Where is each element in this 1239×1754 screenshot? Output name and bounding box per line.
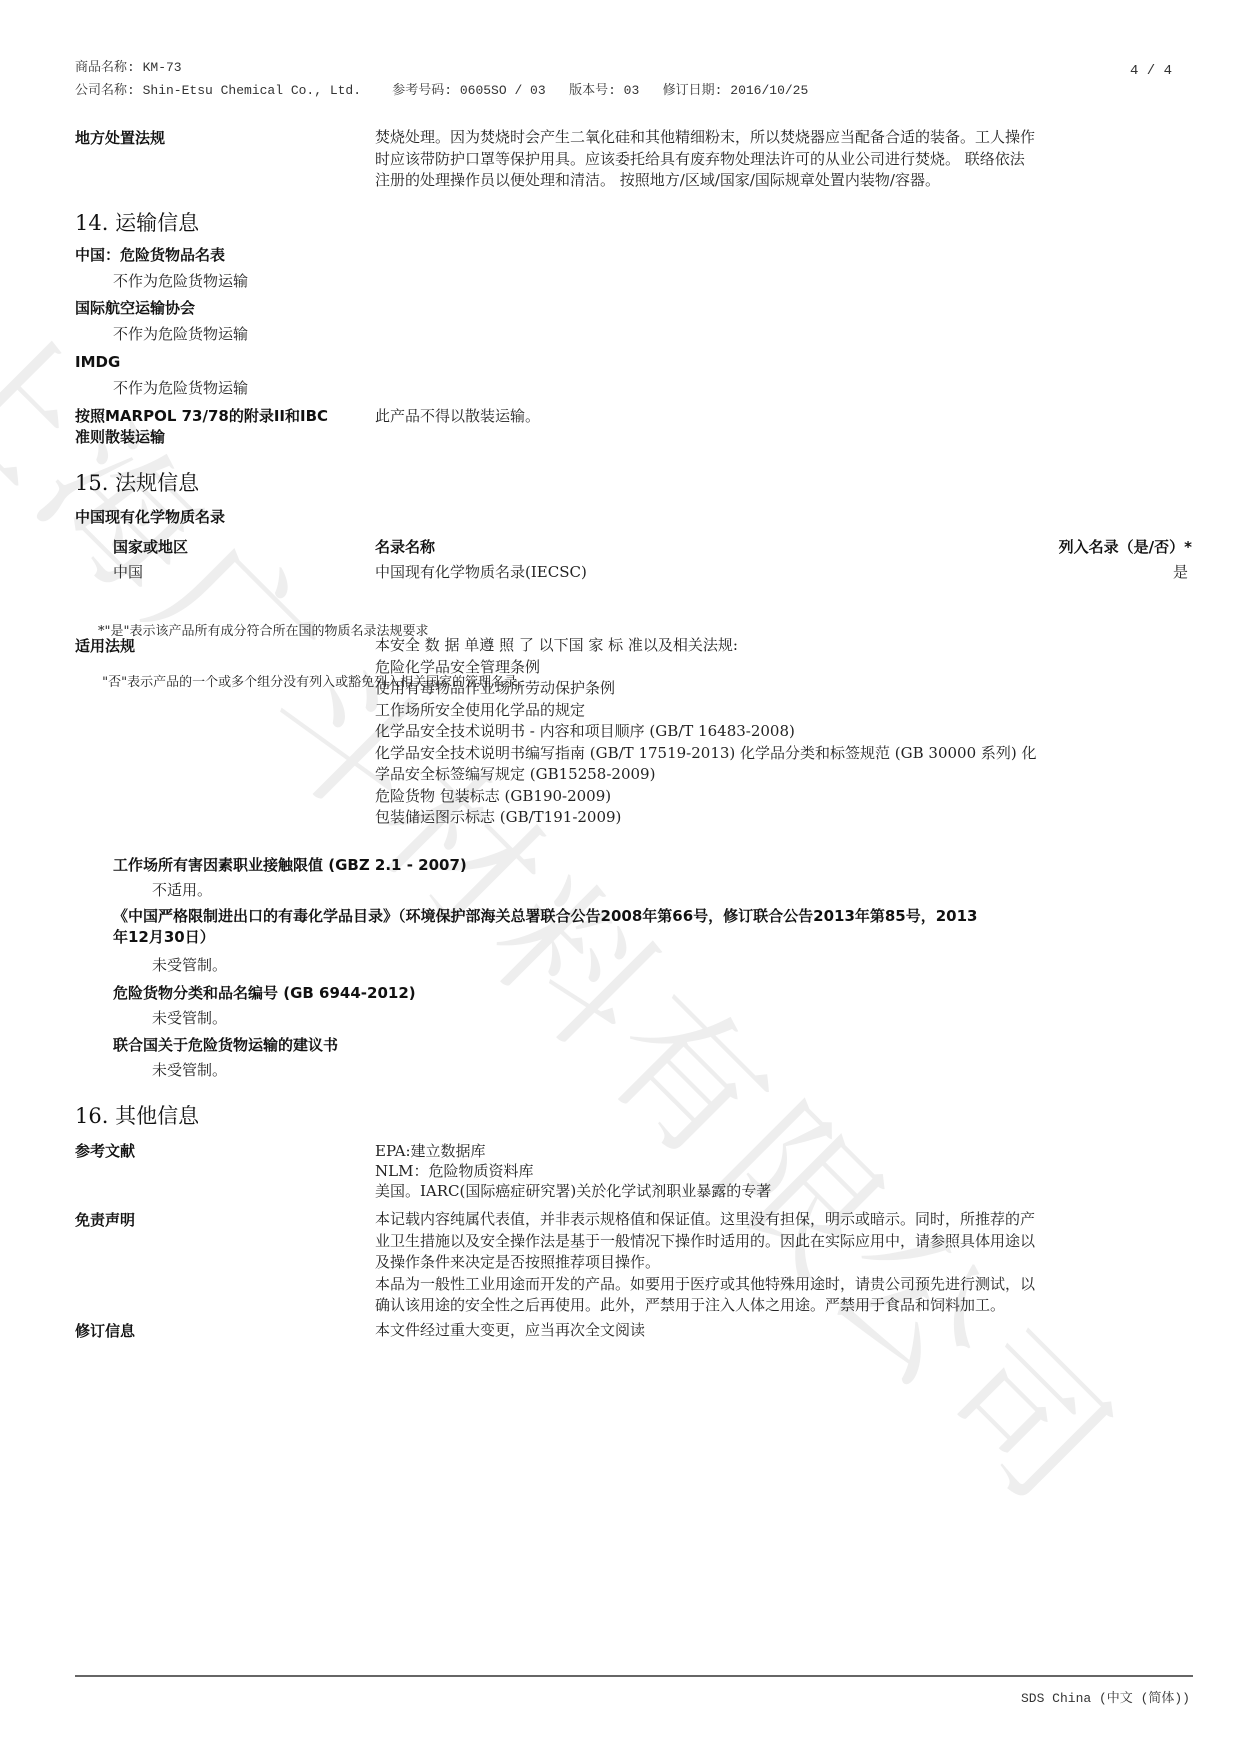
transport-label-iata: 国际航空运输协会 xyxy=(75,298,195,319)
section-16-title: 16. 其他信息 xyxy=(75,1100,199,1130)
disclaimer-line: 本品为一般性工业用途而开发的产品。如要用于医疗或其他特殊用途时，请贵公司预先进行… xyxy=(375,1274,1195,1296)
disclaimer-line: 业卫生措施以及安全操作法是基于一般情况下操作时适用的。因此在实际应用中，请参照具… xyxy=(375,1231,1195,1253)
column-header-country: 国家或地区 xyxy=(113,537,188,558)
column-header-inventory: 名录名称 xyxy=(375,537,435,558)
local-disposal-text: 焚烧处理。因为焚烧时会产生二氧化硅和其他精细粉末，所以焚烧器应当配备合适的装备。… xyxy=(375,127,1195,192)
reference-line: EPA:建立数据库 xyxy=(375,1141,1195,1161)
disclaimer-line: 本记载内容纯属代表值，并非表示规格值和保证值。这里没有担保，明示或暗示。同时，所… xyxy=(375,1209,1195,1231)
marpol-label-line: 按照MARPOL 73/78的附录II和IBC xyxy=(75,406,328,427)
dangerous-goods-classification-label: 危险货物分类和品名编号 (GB 6944-2012) xyxy=(113,983,416,1004)
disclaimer-text: 本记载内容纯属代表值，并非表示规格值和保证值。这里没有担保，明示或暗示。同时，所… xyxy=(375,1209,1195,1317)
reference-line: NLM：危险物质资料库 xyxy=(375,1161,1195,1181)
applicable-regulations-label: 适用法规 xyxy=(75,636,135,657)
section-15-title: 15. 法规信息 xyxy=(75,467,199,497)
toxic-chem-label-line: 年12月30日） xyxy=(113,927,1203,948)
disclaimer-line: 确认该用途的安全性之后再使用。此外，严禁用于注入人体之用途。严禁用于食品和饲料加… xyxy=(375,1295,1195,1317)
references-label: 参考文献 xyxy=(75,1141,135,1162)
disclaimer-line: 及操作条件来决定是否按照推荐项目操作。 xyxy=(375,1252,1195,1274)
local-disposal-label: 地方处置法规 xyxy=(75,128,165,149)
page-number: 4 / 4 xyxy=(1130,63,1172,79)
inventory-label: 中国现有化学物质名录 xyxy=(75,507,225,528)
dangerous-goods-classification-value: 未受管制。 xyxy=(152,1008,227,1030)
table-cell-country: 中国 xyxy=(113,562,143,584)
table-cell-listed: 是 xyxy=(900,562,1188,584)
oel-label: 工作场所有害因素职业接触限值 (GBZ 2.1 - 2007) xyxy=(113,855,467,876)
transport-label-china: 中国：危险货物品名表 xyxy=(75,245,225,266)
text-line: 焚烧处理。因为焚烧时会产生二氧化硅和其他精细粉末，所以焚烧器应当配备合适的装备。… xyxy=(375,127,1195,149)
regulation-line: 学品安全标签编写规定 (GB15258-2009) xyxy=(375,764,1195,786)
column-header-listed: 列入名录（是/否）* xyxy=(900,537,1192,558)
regulation-line: 危险化学品安全管理条例 xyxy=(375,657,1195,679)
text-line: 时应该带防护口罩等保护用具。应该委托给具有废弃物处理法许可的从业公司进行焚烧。 … xyxy=(375,149,1195,171)
transport-label-imdg: IMDG xyxy=(75,352,120,373)
revision-label: 修订信息 xyxy=(75,1321,135,1342)
transport-value-iata: 不作为危险货物运输 xyxy=(113,324,248,346)
header-product-name: 商品名称: KM-73 xyxy=(75,56,182,75)
regulation-line: 化学品安全技术说明书编写指南 (GB/T 17519-2013) 化学品分类和标… xyxy=(375,743,1195,765)
regulation-line: 化学品安全技术说明书 - 内容和项目顺序 (GB/T 16483-2008) xyxy=(375,721,1195,743)
marpol-label: 按照MARPOL 73/78的附录II和IBC 准则散装运输 xyxy=(75,406,328,448)
toxic-chem-list-label: 《中国严格限制进出口的有毒化学品目录》（环境保护部海关总署联合公告2008年第6… xyxy=(113,906,1203,948)
un-recommendations-value: 未受管制。 xyxy=(152,1060,227,1082)
reference-line: 美国。IARC(国际癌症研究署)关於化学试剂职业暴露的专著 xyxy=(375,1181,1195,1201)
transport-value-imdg: 不作为危险货物运输 xyxy=(113,378,248,400)
text-line: 注册的处理操作员以便处理和清洁。 按照地方/区域/国家/国际规章处置内装物/容器… xyxy=(375,170,1195,192)
disclaimer-label: 免责声明 xyxy=(75,1210,135,1231)
toxic-chem-list-value: 未受管制。 xyxy=(152,955,227,977)
section-14-title: 14. 运输信息 xyxy=(75,207,199,237)
transport-value-china: 不作为危险货物运输 xyxy=(113,271,248,293)
un-recommendations-label: 联合国关于危险货物运输的建议书 xyxy=(113,1035,338,1056)
table-cell-inventory: 中国现有化学物质名录(IECSC) xyxy=(375,562,587,584)
marpol-value: 此产品不得以散装运输。 xyxy=(375,406,1195,428)
header-company-info: 公司名称: Shin-Etsu Chemical Co., Ltd. 参考号码:… xyxy=(75,79,808,98)
regulation-line: 包装储运图示标志 (GB/T191-2009) xyxy=(375,807,1195,829)
regulation-line: 危险货物 包装标志 (GB190-2009) xyxy=(375,786,1195,808)
regulation-line: 本安全 数 据 单遵 照 了 以下国 家 标 准以及相关法规: xyxy=(375,635,1195,657)
marpol-label-line: 准则散装运输 xyxy=(75,427,328,448)
toxic-chem-label-line: 《中国严格限制进出口的有毒化学品目录》（环境保护部海关总署联合公告2008年第6… xyxy=(113,906,1203,927)
regulation-line: 工作场所安全使用化学品的规定 xyxy=(375,700,1195,722)
revision-value: 本文件经过重大变更，应当再次全文阅读 xyxy=(375,1320,1195,1342)
watermark: 上海广斗材料有限公司 xyxy=(0,260,1171,1544)
references-list: EPA:建立数据库 NLM：危险物质资料库 美国。IARC(国际癌症研究署)关於… xyxy=(375,1141,1195,1201)
footer-divider xyxy=(75,1675,1193,1677)
footer-text: SDS China (中文 (简体)) xyxy=(800,1687,1190,1706)
applicable-regulations-list: 本安全 数 据 单遵 照 了 以下国 家 标 准以及相关法规: 危险化学品安全管… xyxy=(375,635,1195,829)
oel-value: 不适用。 xyxy=(152,880,212,902)
regulation-line: 使用有毒物品作业场所劳动保护条例 xyxy=(375,678,1195,700)
